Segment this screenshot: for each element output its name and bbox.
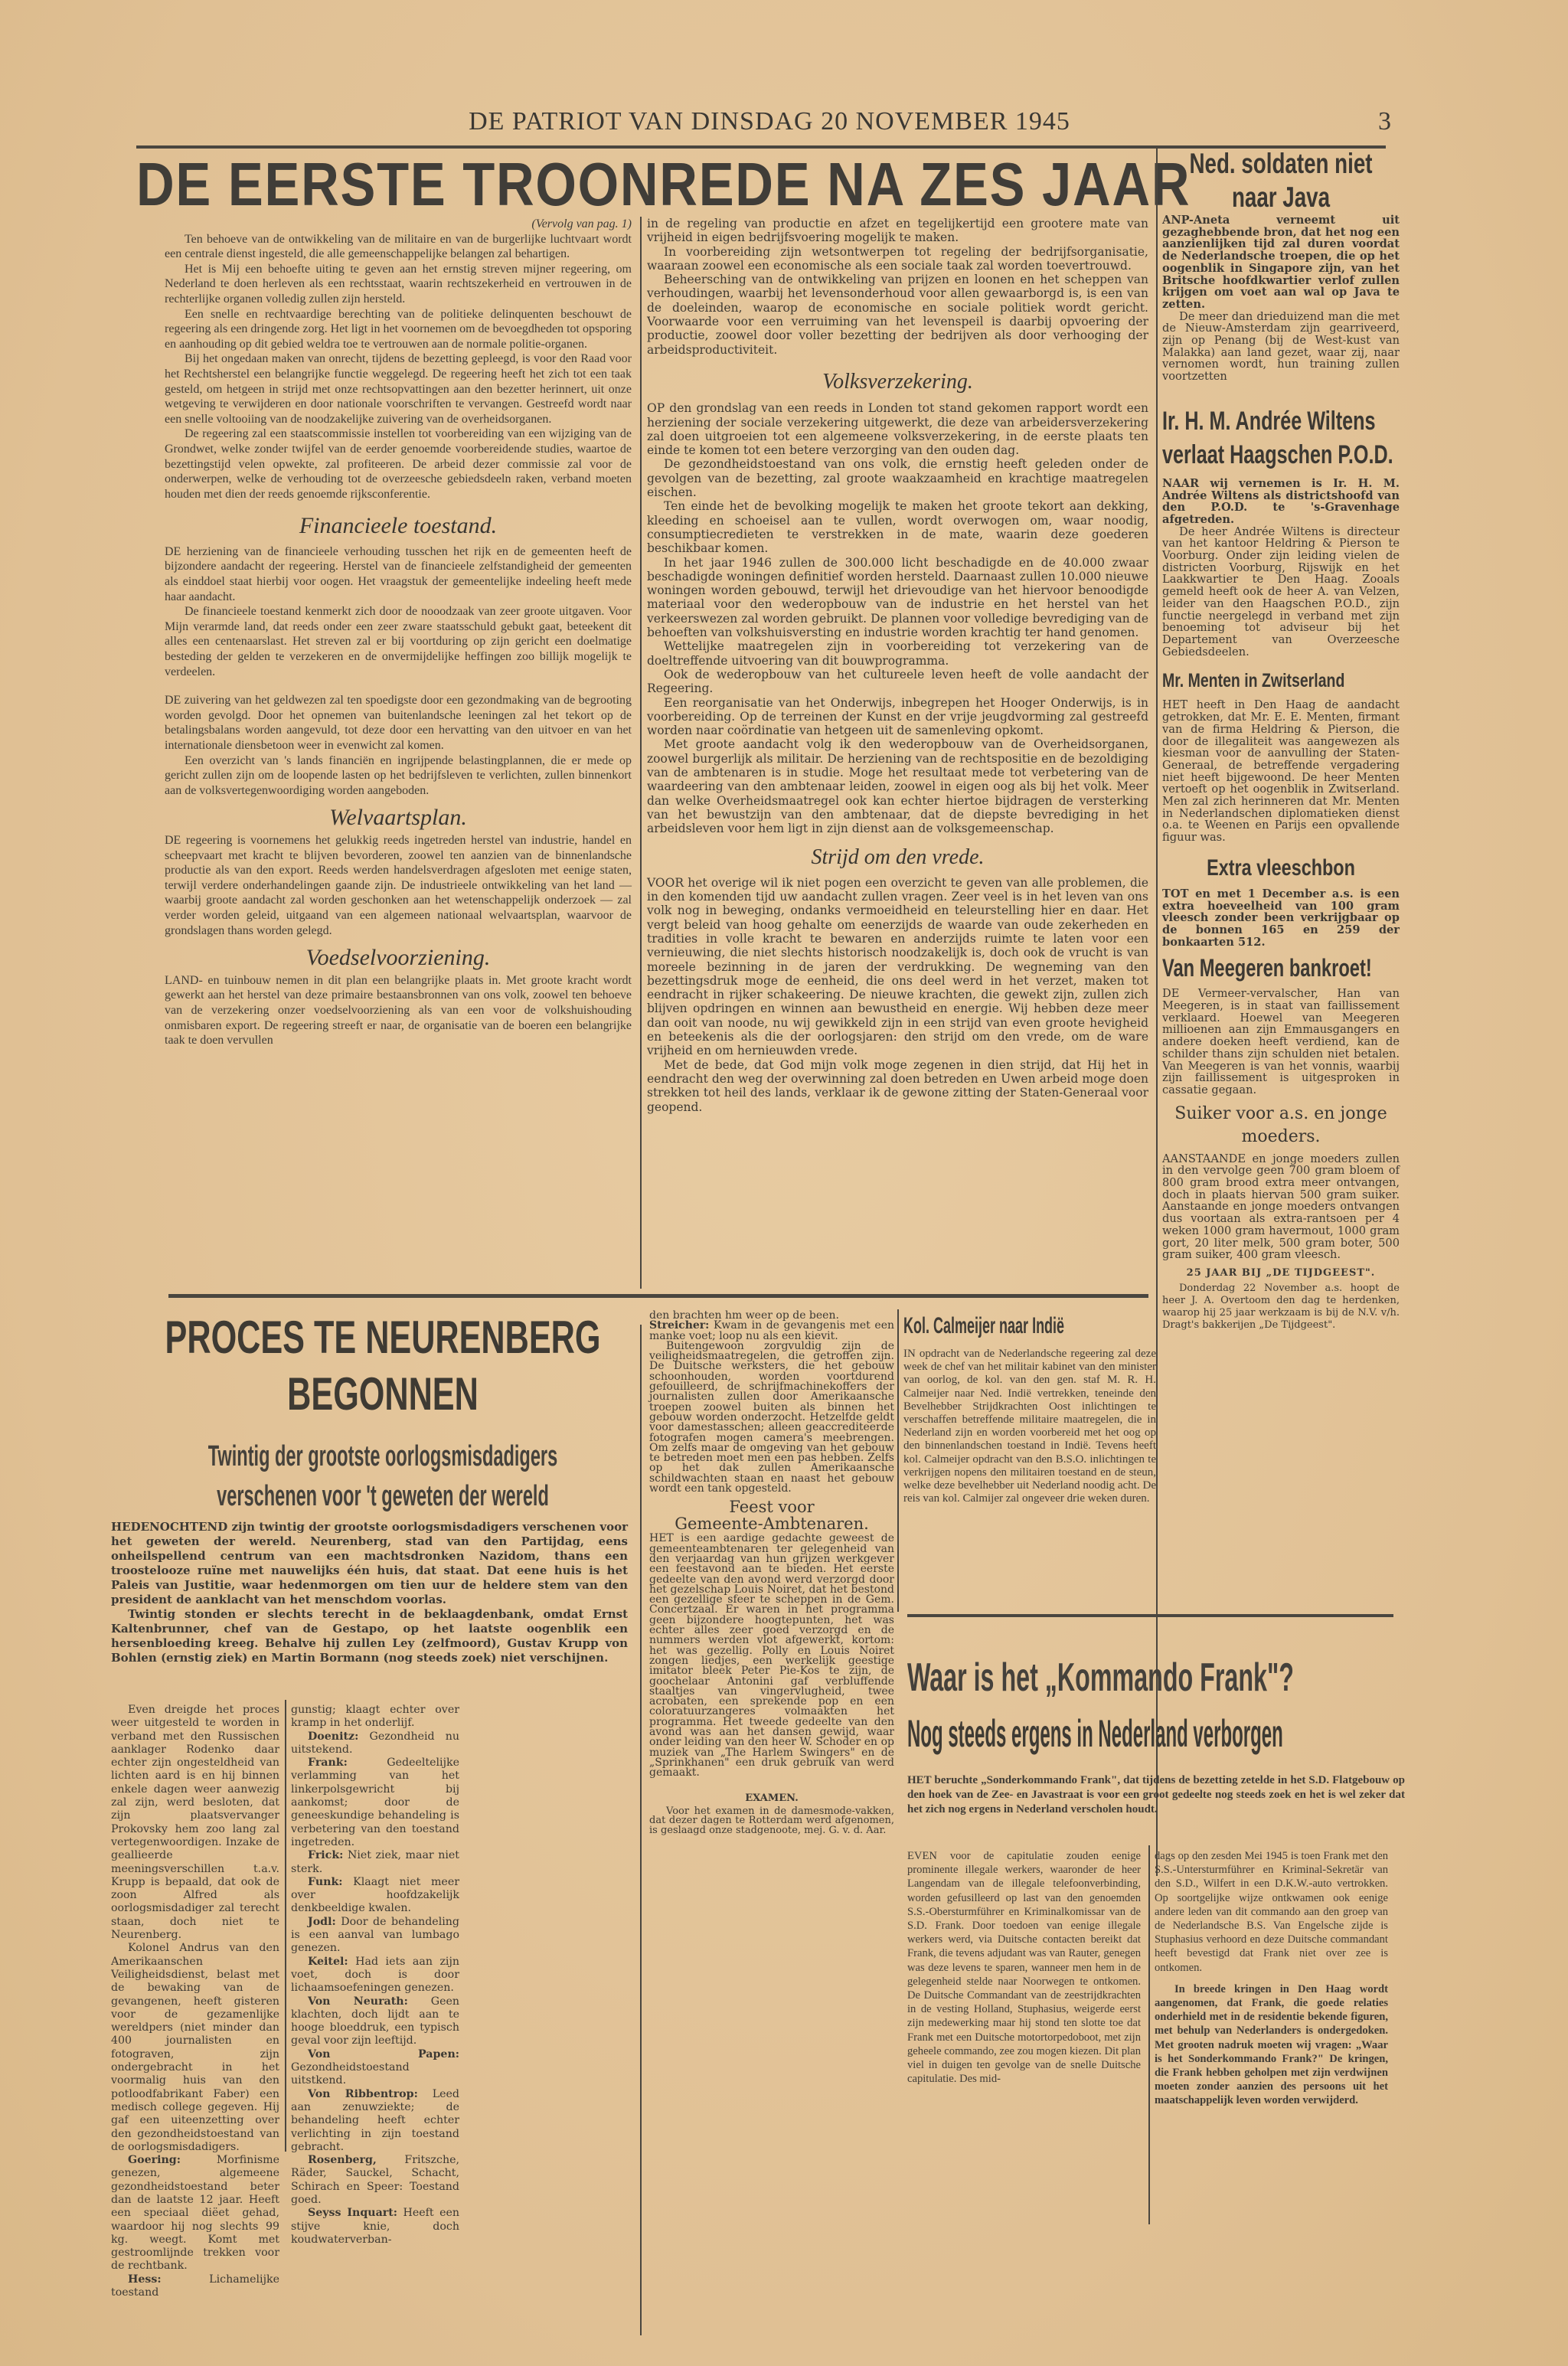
paragraph: Voor het examen in de damesmode-vakken, … xyxy=(649,1807,894,1836)
paragraph: Met de bede, dat God mijn volk moge zege… xyxy=(647,1058,1148,1114)
troonrede-col1: (Vervolg van pag. 1) Ten behoeve van de … xyxy=(165,217,632,1048)
paragraph: in de regeling van productie en afzet en… xyxy=(647,217,1148,245)
paragraph: NAAR wij vernemen is Ir. H. M. Andrée Wi… xyxy=(1162,478,1400,526)
paragraph: VOOR het overige wil ik niet pogen een o… xyxy=(647,876,1148,1058)
entry: Goering: Morfinisme genezen, algemeene g… xyxy=(111,2154,279,2273)
paragraph: EVEN voor de capitulatie zouden eenige p… xyxy=(907,1849,1141,2086)
entry: Frank: Gedeeltelijke verlamming van het … xyxy=(291,1757,459,1849)
neurenberg-col-b: gunstig; klaagt echter over kramp in het… xyxy=(291,1704,459,2247)
wiltens-headline: Ir. H. M. Andrée Wiltens verlaat Haagsch… xyxy=(1162,404,1361,472)
suiker-headline: Suiker voor a.s. en jonge moeders. xyxy=(1162,1103,1400,1149)
section-rule xyxy=(168,1294,1148,1298)
paragraph: Ook de wederopbouw van het cultureele le… xyxy=(647,668,1148,696)
section-heading: Welvaartsplan. xyxy=(165,810,632,825)
column-divider xyxy=(640,217,642,1289)
paragraph: In voorbereiding zijn wetsontwerpen tot … xyxy=(647,245,1148,273)
paragraph: DE regeering is voornemens het gelukkig … xyxy=(165,833,632,938)
paragraph: TOT en met 1 December a.s. is een extra … xyxy=(1162,888,1400,949)
section-heading: Voedselvoorziening. xyxy=(165,950,632,966)
middle-column: den brachten hm weer op de been. Streich… xyxy=(649,1311,894,1835)
right-sidebar: Ned. soldaten niet naar Java ANP-Aneta v… xyxy=(1162,147,1400,1332)
frank-article: Waar is het „Kommando Frank"? Nog steeds… xyxy=(907,1654,1405,1817)
paragraph: HET is een aardige gedachte geweest de g… xyxy=(649,1534,894,1778)
tijdgeest-headline: 25 JAAR BIJ „DE TIJDGEEST". xyxy=(1162,1267,1400,1279)
column-divider xyxy=(285,1700,286,2152)
paragraph: Kolonel Andrus van den Amerikaanschen Ve… xyxy=(111,1942,279,2154)
java-headline: Ned. soldaten niet naar Java xyxy=(1158,147,1405,214)
masthead-title: DE PATRIOT VAN DINSDAG 20 NOVEMBER 1945 xyxy=(138,107,1401,141)
paragraph: Met groote aandacht volg ik den wederopb… xyxy=(647,737,1148,835)
meegeren-headline: Van Meegeren bankroet! xyxy=(1162,951,1338,985)
paragraph: IN opdracht van de Nederlandsche regeeri… xyxy=(903,1348,1156,1505)
continued-note: (Vervolg van pag. 1) xyxy=(165,217,632,232)
entry: Doenitz: Gezondheid nu uitstekend. xyxy=(291,1730,459,1757)
frank-lead: HET beruchte „Sonderkommando Frank", dat… xyxy=(907,1773,1405,1817)
entry: Jodl: Door de behandeling is een aanval … xyxy=(291,1916,459,1956)
paragraph: De heer Andrée Wiltens is directeur van … xyxy=(1162,526,1400,658)
paragraph: ANP-Aneta verneemt uit gezaghebbende bro… xyxy=(1162,214,1400,311)
neurenberg-col-a: Even dreigde het proces weer uitgesteld … xyxy=(111,1704,279,2299)
vleeschbon-headline: Extra vleeschbon xyxy=(1188,851,1374,885)
paragraph: Twintig stonden er slechts terecht in de… xyxy=(111,1607,628,1665)
examen-headline: EXAMEN. xyxy=(649,1793,894,1803)
frank-subhead: Nog steeds ergens in Nederland verborgen xyxy=(907,1711,1146,1757)
newspaper-page: DE PATRIOT VAN DINSDAG 20 NOVEMBER 1945 … xyxy=(0,0,1568,2366)
column-divider xyxy=(640,1325,642,2335)
column-divider xyxy=(897,1309,899,1612)
entry: Funk: Klaagt niet meer over hoofdzakelij… xyxy=(291,1876,459,1916)
feest-headline: Feest voor Gemeente-Ambtenaren. xyxy=(649,1498,894,1532)
paragraph: LAND- en tuinbouw nemen in dit plan een … xyxy=(165,973,632,1048)
menten-headline: Mr. Menten in Zwitserland xyxy=(1162,667,1347,694)
neurenberg-lead: HEDENOCHTEND zijn twintig der grootste o… xyxy=(111,1520,628,1665)
paragraph: HET heeft in Den Haag de aandacht getrok… xyxy=(1162,699,1400,843)
paragraph: Een snelle en rechtvaardige berechting v… xyxy=(165,307,632,352)
entry: Frick: Niet ziek, maar niet sterk. xyxy=(291,1849,459,1876)
paragraph: Het is Mij een behoefte uiting te geven … xyxy=(165,262,632,307)
paragraph: De regeering zal een staatscommissie ins… xyxy=(165,426,632,502)
paragraph: Ten einde het de bevolking mogelijk te m… xyxy=(647,499,1148,555)
paragraph: gunstig; klaagt echter over kramp in het… xyxy=(291,1704,459,1730)
paragraph: De gezondheidstoestand van ons volk, die… xyxy=(647,457,1148,499)
calmeijer-headline: Kol. Calmeijer naar Indië xyxy=(903,1309,1055,1343)
entry: Seyss Inquart: Heeft een stijve knie, do… xyxy=(291,2207,459,2247)
paragraph: dags op den zesden Mei 1945 is toen Fran… xyxy=(1155,1849,1388,1975)
entry: Von Papen: Gezondheidstoestand uitstkend… xyxy=(291,2048,459,2088)
frank-col-a: EVEN voor de capitulatie zouden eenige p… xyxy=(907,1849,1141,2086)
column-divider xyxy=(1148,1845,1150,2224)
paragraph: De financieele toestand kenmerkt zich do… xyxy=(165,604,632,679)
paragraph: In het jaar 1946 zullen de 300.000 licht… xyxy=(647,556,1148,640)
paragraph: Ten behoeve van de ontwikkeling van de m… xyxy=(165,232,632,262)
section-heading: Strijd om den vrede. xyxy=(647,851,1148,864)
neurenberg-headline-block: PROCES TE NEURENBERG BEGONNEN Twintig de… xyxy=(138,1309,628,1516)
paragraph: Donderdag 22 November a.s. hoopt de heer… xyxy=(1162,1283,1400,1332)
paragraph: OP den grondslag van een reeds in Londen… xyxy=(647,401,1148,457)
paragraph: Een reorganisatie van het Onderwijs, inb… xyxy=(647,696,1148,738)
entry: Rosenberg, Fritszche, Räder, Sauckel, Sc… xyxy=(291,2154,459,2207)
paragraph: AANSTAANDE en jonge moeders zullen in de… xyxy=(1162,1153,1400,1261)
page-number: 3 xyxy=(1378,107,1391,136)
entry: Keitel: Had iets aan zijn voet, doch is … xyxy=(291,1956,459,1995)
entry: Streicher: Kwam in de gevangenis met een… xyxy=(649,1321,894,1341)
paragraph: DE Vermeer-vervalscher, Han van Meegeren… xyxy=(1162,988,1400,1096)
neurenberg-headline: PROCES TE NEURENBERG BEGONNEN xyxy=(96,1309,670,1423)
paragraph: HEDENOCHTEND zijn twintig der grootste o… xyxy=(111,1520,628,1607)
entry: Von Neurath: Geen klachten, doch lijdt a… xyxy=(291,1995,459,2048)
troonrede-col2: in de regeling van productie en afzet en… xyxy=(647,217,1148,1114)
section-rule xyxy=(907,1614,1393,1617)
paragraph: DE zuivering van het geldwezen zal ten s… xyxy=(165,693,632,753)
paragraph: Een overzicht van 's lands financiën en … xyxy=(165,753,632,799)
paragraph: Bij het ongedaan maken van onrecht, tijd… xyxy=(165,351,632,426)
section-heading: Financieele toestand. xyxy=(165,518,632,534)
paragraph: Even dreigde het proces weer uitgesteld … xyxy=(111,1704,279,1942)
paragraph: DE herziening van de financieele verhoud… xyxy=(165,544,632,604)
main-headline: DE EERSTE TROONREDE NA ZES JAAR xyxy=(136,150,1191,219)
paragraph: De meer dan drieduizend man die met de N… xyxy=(1162,311,1400,383)
entry: Von Ribbentrop: Leed aan zenuwziekte; de… xyxy=(291,2088,459,2154)
frank-headline: Waar is het „Kommando Frank"? xyxy=(907,1654,1216,1701)
entry: Hess: Lichamelijke toestand xyxy=(111,2273,279,2300)
paragraph: Wettelijke maatregelen zijn in voorberei… xyxy=(647,639,1148,668)
frank-col-b: dags op den zesden Mei 1945 is toen Fran… xyxy=(1155,1849,1388,2108)
paragraph: In breede kringen in Den Haag wordt aang… xyxy=(1155,1982,1388,2108)
section-heading: Volksverzekering. xyxy=(647,375,1148,389)
neurenberg-subhead: Twintig der grootste oorlogsmisdadigers … xyxy=(136,1436,630,1516)
calmeijer-article: Kol. Calmeijer naar Indië IN opdracht va… xyxy=(903,1309,1156,1505)
paragraph: Buitengewoon zorgvuldig zijn de veilighe… xyxy=(649,1341,894,1494)
paragraph: Beheersching van de ontwikkeling van pri… xyxy=(647,273,1148,357)
